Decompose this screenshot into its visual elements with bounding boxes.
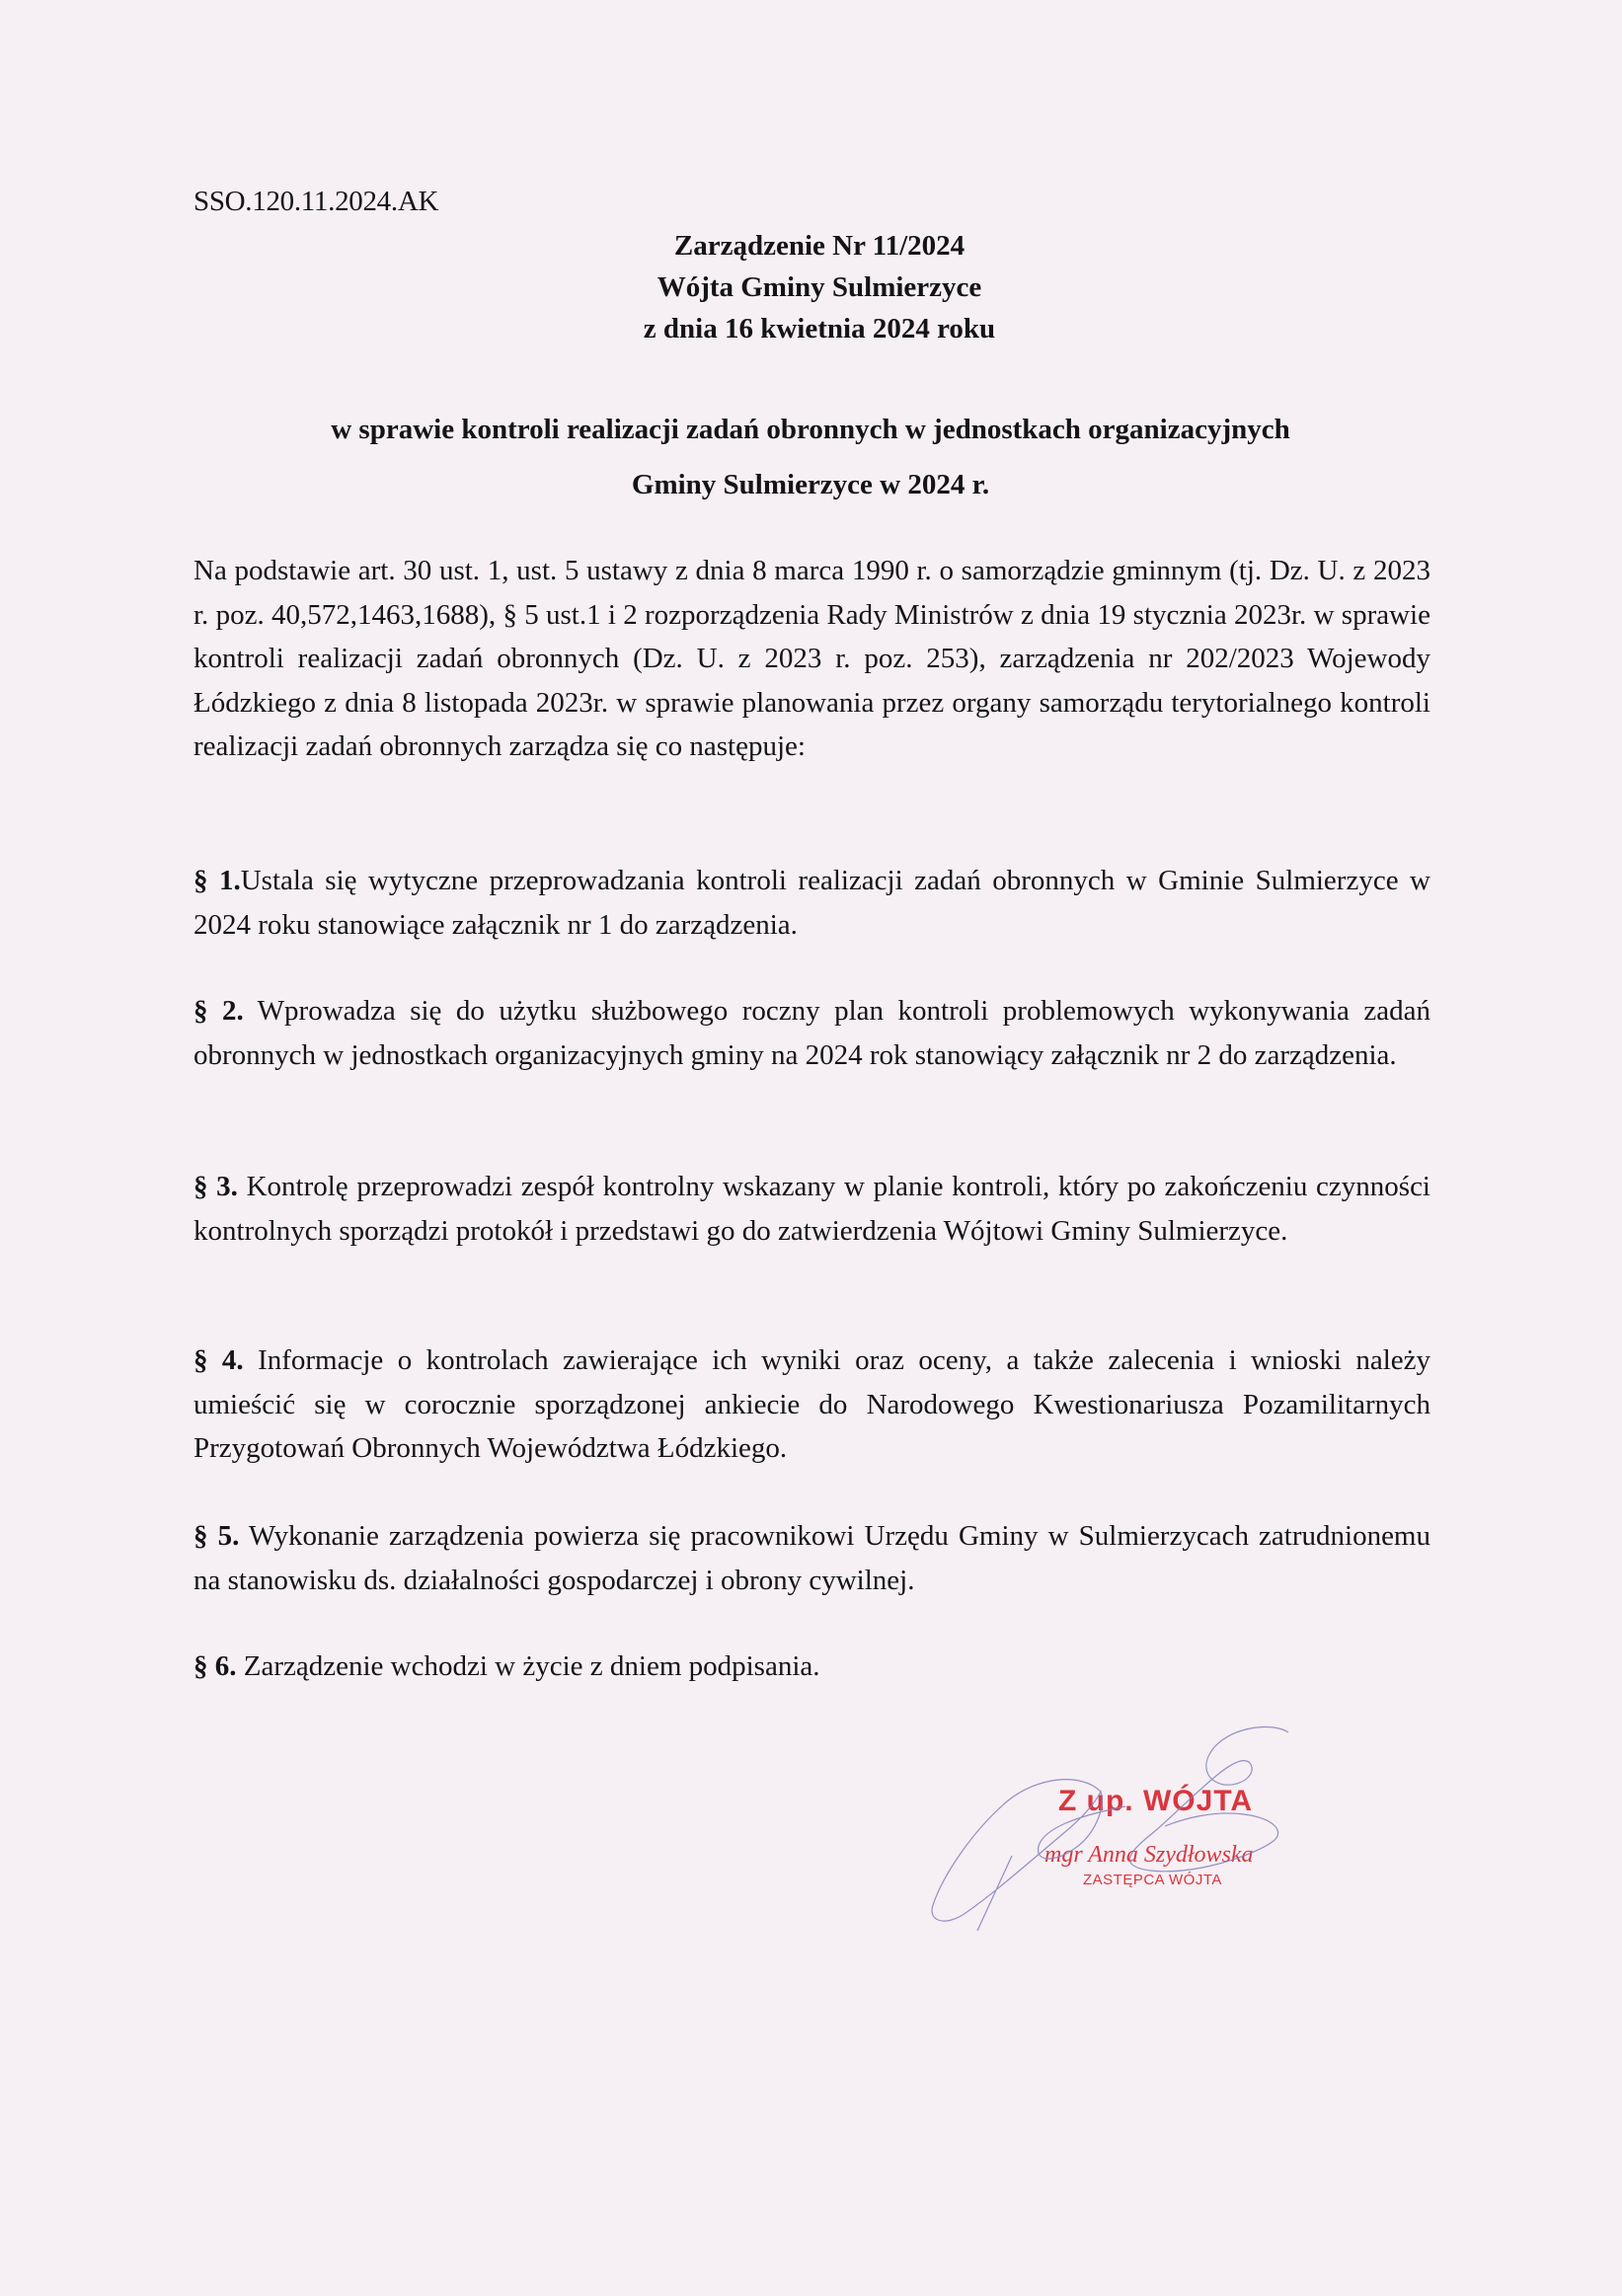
section-1: § 1.Ustala się wytyczne przeprowadzania … — [193, 859, 1430, 947]
section-4: § 4. Informacje o kontrolach zawierające… — [193, 1339, 1430, 1471]
section-6-label: § 6. — [193, 1650, 237, 1682]
section-6-text: Zarządzenie wchodzi w życie z dniem podp… — [237, 1650, 820, 1682]
signature-stamp-area: Z up. WÓJTA mgr Anna Szydłowska ZASTĘPCA… — [918, 1708, 1333, 1935]
document-title: Zarządzenie Nr 11/2024 Wójta Gminy Sulmi… — [553, 225, 1086, 349]
section-3: § 3. Kontrolę przeprowadzi zespół kontro… — [193, 1165, 1430, 1253]
handwritten-signature-icon — [918, 1708, 1333, 1935]
legal-basis: Na podstawie art. 30 ust. 1, ust. 5 usta… — [193, 549, 1430, 769]
section-6: § 6. Zarządzenie wchodzi w życie z dniem… — [193, 1645, 1430, 1689]
title-line-2: Wójta Gminy Sulmierzyce — [553, 267, 1086, 308]
section-3-label: § 3. — [193, 1171, 238, 1202]
section-4-text: Informacje o kontrolach zawierające ich … — [193, 1344, 1430, 1464]
title-line-3: z dnia 16 kwietnia 2024 roku — [553, 308, 1086, 349]
section-1-text: Ustala się wytyczne przeprowadzania kont… — [193, 865, 1430, 941]
reference-number: SSO.120.11.2024.AK — [193, 186, 438, 218]
section-5-text: Wykonanie zarządzenia powierza się praco… — [193, 1520, 1430, 1596]
section-3-text: Kontrolę przeprowadzi zespół kontrolny w… — [193, 1171, 1430, 1247]
section-2: § 2. Wprowadza się do użytku służbowego … — [193, 989, 1430, 1077]
subject-line-1: w sprawie kontroli realizacji zadań obro… — [193, 402, 1428, 457]
section-1-label: § 1. — [193, 865, 241, 896]
section-5-label: § 5. — [193, 1520, 239, 1552]
document-subject: w sprawie kontroli realizacji zadań obro… — [193, 402, 1428, 512]
subject-line-2: Gminy Sulmierzyce w 2024 r. — [193, 457, 1428, 512]
title-line-1: Zarządzenie Nr 11/2024 — [553, 225, 1086, 267]
section-2-label: § 2. — [193, 995, 244, 1027]
section-4-label: § 4. — [193, 1344, 244, 1376]
section-2-text: Wprowadza się do użytku służbowego roczn… — [193, 995, 1430, 1071]
section-5: § 5. Wykonanie zarządzenia powierza się … — [193, 1514, 1430, 1602]
document-page: SSO.120.11.2024.AK Zarządzenie Nr 11/202… — [0, 0, 1622, 2296]
